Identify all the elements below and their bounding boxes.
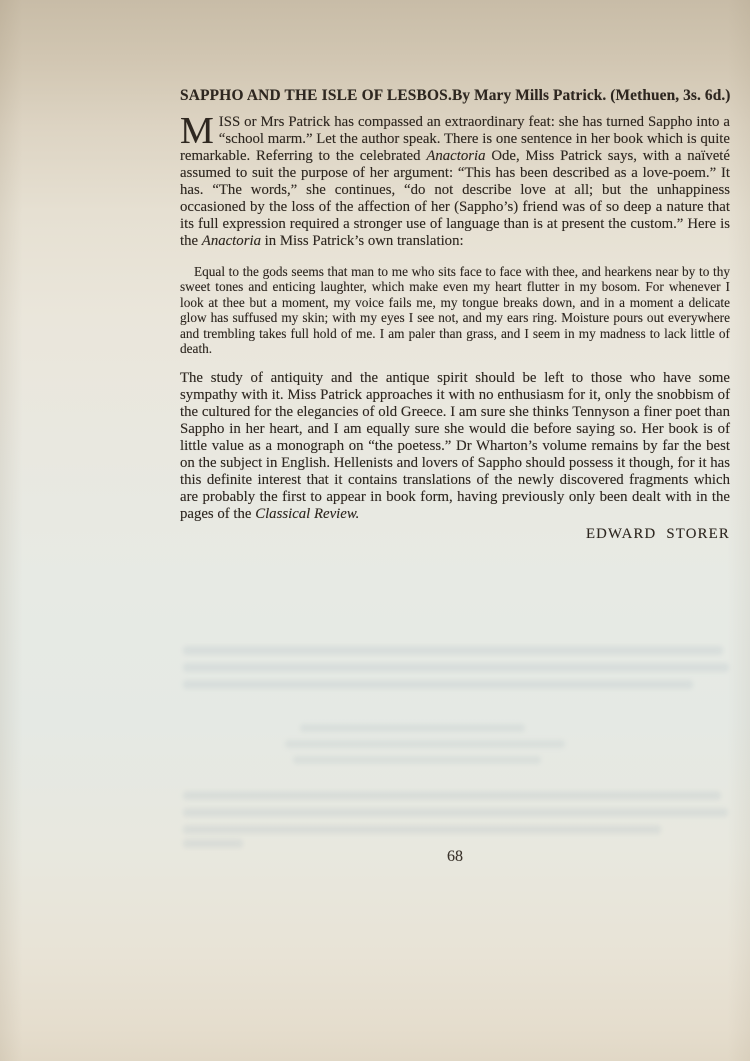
book-title-anactoria: Anactoria: [202, 233, 261, 249]
review-article: SAPPHO AND THE ISLE OF LESBOS. By Mary M…: [180, 86, 730, 543]
reviewer-signature: EDWARD STORER: [180, 526, 730, 543]
paragraph-2: The study of antiquity and the antique s…: [180, 370, 730, 523]
article-heading: SAPPHO AND THE ISLE OF LESBOS. By Mary M…: [180, 86, 730, 105]
text-segment: The study of antiquity and the antique s…: [180, 370, 730, 522]
show-through-line: [293, 756, 541, 764]
show-through-line: [183, 663, 729, 672]
page-number: 68: [180, 848, 730, 866]
dropcap-initial: M: [180, 117, 214, 146]
show-through-line: [183, 839, 243, 848]
journal-title-classical-review: Classical Review.: [255, 506, 359, 522]
book-title-anactoria: Anactoria: [426, 148, 485, 164]
text-segment: in Miss Patrick’s own translation:: [261, 233, 464, 249]
show-through-line: [183, 825, 661, 834]
article-title: SAPPHO AND THE ISLE OF LESBOS.: [180, 86, 452, 105]
translation-blockquote: Equal to the gods seems that man to me w…: [180, 264, 730, 356]
show-through-line: [183, 808, 728, 817]
scanned-book-page: { "header": { "title": "SAPPHO AND THE I…: [0, 0, 750, 1061]
article-byline: By Mary Mills Patrick. (Methuen, 3s. 6d.…: [452, 86, 731, 105]
show-through-line: [183, 646, 723, 655]
show-through-line: [300, 724, 525, 732]
show-through-line: [183, 791, 721, 800]
show-through-line: [285, 740, 565, 748]
paragraph-1: MISS or Mrs Patrick has compassed an ext…: [180, 114, 730, 250]
show-through-line: [183, 680, 693, 689]
